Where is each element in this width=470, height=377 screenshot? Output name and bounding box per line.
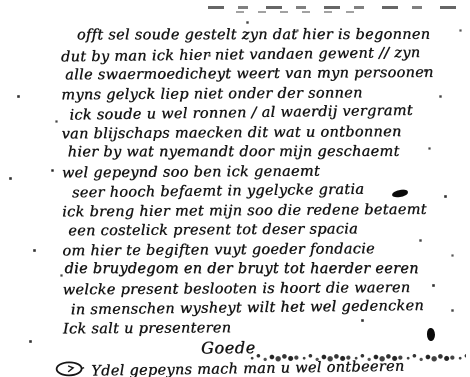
text-line: offt sel soude gestelt zyn dat hier is b… <box>61 26 441 46</box>
text-line: Ick salt u presenteren <box>63 317 443 339</box>
scan-speckles <box>0 0 1 1</box>
ink-blot-bottom <box>427 328 435 341</box>
text-line: van blijschaps maecken dit wat u ontbonn… <box>61 122 441 144</box>
text-line: een costelick present tot deser spacia <box>62 220 442 242</box>
text-line: om hier te begiften vuyt goeder fondacie <box>62 239 442 261</box>
scan-noise-top-band <box>208 6 466 9</box>
text-line: alle swaermoedicheyt weert van myn perso… <box>61 64 441 86</box>
paraph-flourish-icon <box>55 360 85 377</box>
text-line: hier by wat nyemandt door mijn geschaemt <box>62 143 442 163</box>
scan-noise-top-band-2 <box>236 11 356 13</box>
manuscript-page: offt sel soude gestelt zyn dat hier is b… <box>0 0 470 377</box>
handwritten-text-block: offt sel soude gestelt zyn dat hier is b… <box>61 25 443 377</box>
text-line: ick breng hier met mijn soo die redene b… <box>62 200 442 222</box>
scan-noise-bottom-band <box>248 351 466 363</box>
text-line: die bruydegom en der bruyt tot haerder e… <box>62 260 442 280</box>
